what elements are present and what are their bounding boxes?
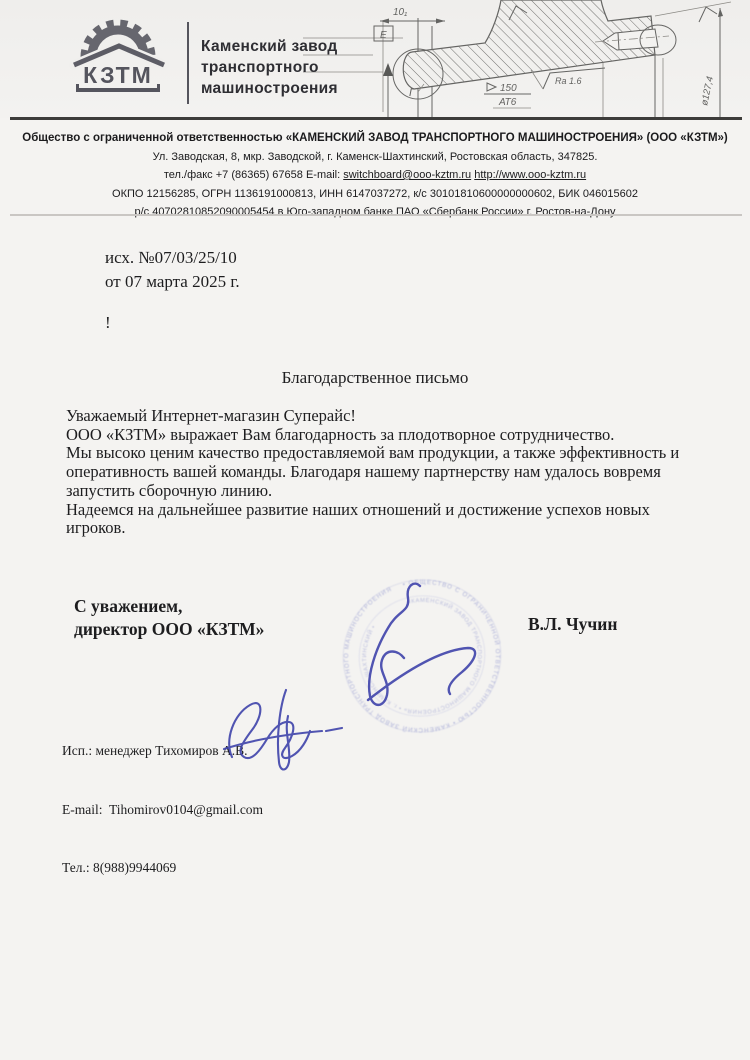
company-contacts: тел./факс +7 (86365) 67658 E-mail: switc… [0,166,750,185]
ref-block: исх. №07/03/25/10 от 07 марта 2025 г. [105,246,240,294]
letterhead-block: Общество с ограниченной ответственностью… [0,129,750,222]
company-name-line: машиностроения [201,78,338,99]
company-bank: р/с 40702810852090005454 в Юго-западном … [0,203,750,222]
svg-text:• ОБЩЕСТВО С ОГРАНИЧЕННОЙ ОТВЕ: • ОБЩЕСТВО С ОГРАНИЧЕННОЙ ОТВЕТСТВЕННОСТ… [334,572,519,750]
email-link: switchboard@ooo-kztm.ru [343,169,471,181]
body-line: Уважаемый Интернет-магазин Суперайс! [66,407,679,426]
at6-label: АТ6 [498,97,517,108]
dim-10-label: 10₁ [393,7,407,18]
dia-label: ø127,4 [699,75,716,106]
company-name-line: Каменский завод [201,36,338,57]
body-line: Надеемся на дальнейшее развитие наших от… [66,501,679,520]
stamp-ring-outer-text: • ОБЩЕСТВО С ОГРАНИЧЕННОЙ ОТВЕТСТВЕННОСТ… [334,572,519,750]
body-line: ООО «КЗТМ» выражает Вам благодарность за… [66,426,679,445]
stamp-ring-inner-text: «КАМЕНСКИЙ ЗАВОД ТРАНСПОРТНОГО МАШИНОСТР… [349,584,495,727]
website-link: http://www.ooo-kztm.ru [474,169,586,181]
executor-name: Исп.: менеджер Тихомиров А.В. [62,741,263,761]
company-name-line: транспортного [201,57,338,78]
kztm-logo: КЗТМ [56,14,172,110]
body-line: запустить сборочную линию. [66,482,679,501]
logo-divider [187,22,189,104]
ref-number: исх. №07/03/25/10 [105,246,240,270]
svg-text:«КАМЕНСКИЙ ЗАВОД ТРАНСПОРТНОГО: «КАМЕНСКИЙ ЗАВОД ТРАНСПОРТНОГО МАШИНОСТР… [349,584,495,727]
director-name: В.Л. Чучин [528,614,617,635]
ra-label: Ra 1.6 [555,76,582,86]
executor-phone: Тел.: 8(988)9944069 [62,858,263,878]
g-label: Г [409,87,416,99]
letter-body: Уважаемый Интернет-магазин Суперайс! ООО… [66,407,679,538]
stray-exclamation: ! [105,313,111,333]
body-line: игроков. [66,519,679,538]
executor-email: E-mail: Tihomirov0104@gmail.com [62,800,263,820]
logo-text: КЗТМ [83,62,153,88]
company-full-name: Общество с ограниченной ответственностью… [0,129,750,148]
signoff-block: С уважением, директор ООО «КЗТМ» [74,595,264,641]
company-address: Ул. Заводская, 8, мкр. Заводской, г. Кам… [0,148,750,167]
company-codes: ОКПО 12156285, ОГРН 1136191000813, ИНН 6… [0,185,750,204]
company-name: Каменский завод транспортного машиностро… [201,36,338,99]
body-line: оперативность вашей команды. Благодаря н… [66,463,679,482]
signoff-line: директор ООО «КЗТМ» [74,618,264,641]
ref-date: от 07 марта 2025 г. [105,270,240,294]
letterhead-rule [10,214,742,216]
body-line: Мы высоко ценим качество предоставляемой… [66,444,679,463]
technical-drawing: 10₁ Е Г 150 АТ6 Ra 1.6 ø127,4 [303,0,750,121]
director-signature [330,560,530,780]
header-rule [10,117,742,120]
contacts-prefix: тел./факс +7 (86365) 67658 E-mail: [164,169,343,181]
d150-label: 150 [500,83,517,94]
letter-page: 10₁ Е Г 150 АТ6 Ra 1.6 ø127,4 [0,0,750,1060]
executor-block: Исп.: менеджер Тихомиров А.В. E-mail: Ti… [62,702,263,917]
signoff-line: С уважением, [74,595,264,618]
e-label: Е [380,30,387,41]
company-stamp: • ОБЩЕСТВО С ОГРАНИЧЕННОЙ ОТВЕТСТВЕННОСТ… [334,572,519,750]
letter-title: Благодарственное письмо [0,368,750,388]
